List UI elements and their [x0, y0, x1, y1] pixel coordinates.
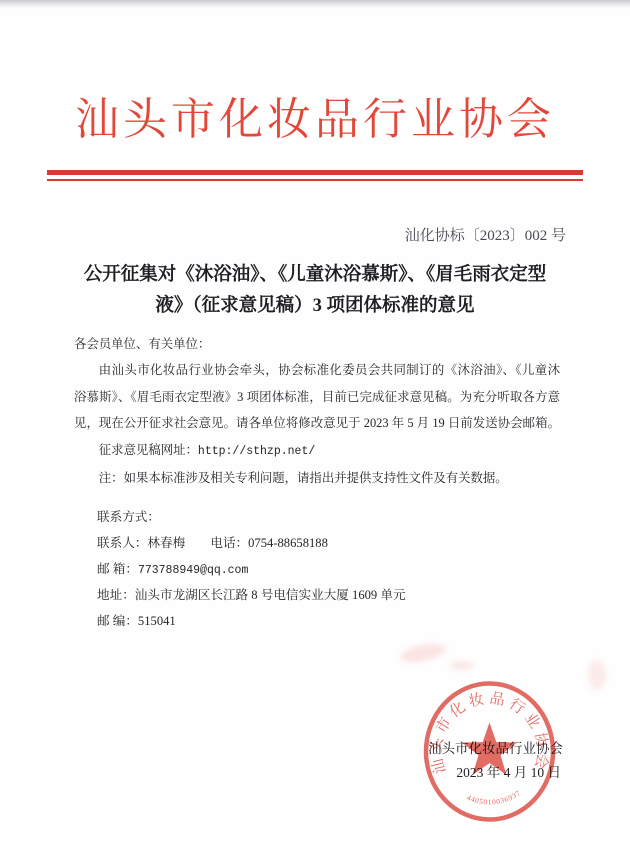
salutation: 各会员单位、有关单位： [74, 331, 560, 357]
svg-text:4405010036937: 4405010036937 [465, 788, 522, 806]
document-title-line1: 公开征集对《沐浴油》、《儿童沐浴慕斯》、《眉毛雨衣定型 [30, 260, 600, 291]
contact-line: 邮 编：515041 [97, 609, 406, 635]
contact-line: 邮 箱：773788949@qq.com [97, 557, 406, 584]
body-line: 征求意见稿网址：http://sthzp.net/ [74, 437, 560, 465]
header-rule-thick [47, 170, 583, 175]
body-text: 各会员单位、有关单位： 由汕头市化妆品行业协会牵头，协会标准化委员会共同制订的《… [74, 331, 560, 491]
document-title-line2: 液》（征求意见稿）3 项团体标准的意见 [30, 291, 600, 322]
body-lines: 由汕头市化妆品行业协会牵头，协会标准化委员会共同制订的《沐浴油》、《儿童沐浴慕斯… [74, 357, 560, 491]
seal-ink-smudge [399, 640, 447, 665]
scan-edge-shadow [0, 0, 630, 9]
seal-code-text: 4405010036937 [465, 788, 522, 806]
body-line: 浴慕斯》、《眉毛雨衣定型液》3 项团体标准，目前已完成征求意见稿。为充分听取各方… [74, 384, 560, 410]
official-seal: 汕头市化妆品行业协会 4405010036937 [419, 678, 560, 825]
org-title: 汕头市化妆品行业协会 [0, 83, 630, 147]
mono-text: 773788949@qq.com [138, 564, 248, 577]
seal-star-icon [462, 723, 517, 776]
document-title: 公开征集对《沐浴油》、《儿童沐浴慕斯》、《眉毛雨衣定型 液》（征求意见稿）3 项… [30, 260, 600, 322]
body-line: 注：如果本标准涉及相关专利问题，请指出并提供支持性文件及有关数据。 [74, 465, 560, 491]
body-line: 见，现在公开征求社会意见。请各单位将修改意见于 2023 年 5 月 19 日前… [74, 410, 560, 436]
document-page: 汕头市化妆品行业协会 汕化协标〔2023〕002 号 公开征集对《沐浴油》、《儿… [0, 0, 630, 863]
contact-line: 联系人：林春梅 电话：0754-88658188 [97, 531, 406, 557]
contact-line: 地址：汕头市龙湖区长江路 8 号电信实业大厦 1609 单元 [97, 583, 406, 609]
header-rule-thin [47, 179, 583, 181]
contact-line: 联系方式： [97, 505, 406, 531]
seal-ink-smudge [588, 660, 606, 690]
contact-block: 联系方式：联系人：林春梅 电话：0754-88658188邮 箱：7737889… [97, 505, 406, 635]
mono-text: http://sthzp.net/ [198, 445, 315, 458]
doc-number: 汕化协标〔2023〕002 号 [405, 224, 566, 245]
seal-ink-smudge [450, 661, 474, 670]
body-line: 由汕头市化妆品行业协会牵头，协会标准化委员会共同制订的《沐浴油》、《儿童沐 [74, 357, 560, 383]
